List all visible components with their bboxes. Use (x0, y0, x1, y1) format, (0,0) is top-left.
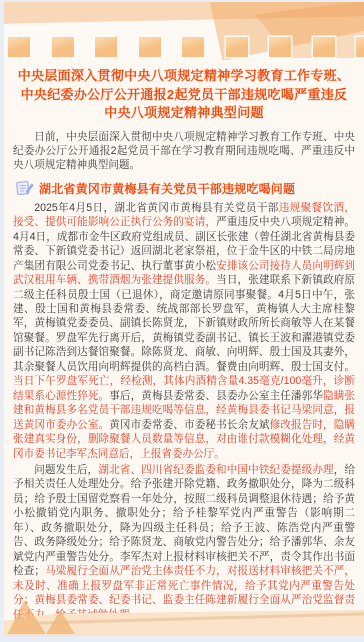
body-text: 2025年4月5日，湖北省黄冈市黄梅县有关党员干部 (34, 202, 279, 214)
body-text: 黄冈市委常委、市委秘书长余友斌 (109, 419, 269, 431)
wall-square (269, 37, 291, 57)
section-header: 湖北省黄冈市黄梅县有关党员干部违规吃喝问题 (13, 180, 355, 197)
wall-square (95, 37, 117, 57)
body-text: 问题发生后， (34, 464, 98, 476)
wall-square (182, 37, 204, 57)
header-graphic (4, 2, 364, 60)
wall-square (139, 37, 161, 57)
section-title: 湖北省黄冈市黄梅县有关党员干部违规吃喝问题 (39, 180, 295, 197)
body-text: 日前，中央层面深入贯彻中央八项规定精神学习教育工作专班、中央纪委办公厅公开通报2… (13, 131, 355, 172)
intro-paragraph: 日前，中央层面深入贯彻中央八项规定精神学习教育工作专班、中央纪委办公厅公开通报2… (13, 130, 355, 173)
wall-battlement-row (8, 37, 364, 57)
body-text: 事后，黄梅县委常委、县委办公室主任潘郭华 (109, 390, 323, 402)
article-title: 中央层面深入贯彻中央八项规定精神学习教育工作专班、中央纪委办公厅公开通报2起党员… (4, 60, 364, 126)
wall-square (8, 37, 30, 57)
article-card: 中央层面深入贯彻中央八项规定精神学习教育工作专班、中央纪委办公厅公开通报2起党员… (4, 2, 364, 636)
highlighted-text: 湖北省、四川省纪委监委和中国中铁纪委提级办理 (98, 464, 333, 476)
footer-graphic (4, 596, 364, 636)
wall-square (356, 37, 364, 57)
body-text: 当日，张建联系下新镇政府原二级主任科员殷士国（已退休），商定邀请原同事聚餐。4月… (13, 274, 355, 373)
body-text: ，给予相关责任人处理处分。给予张建开除党籍、政务撤职处分，降为二级科员；给予殷士… (13, 464, 355, 577)
wall-square (52, 37, 74, 57)
wall-square (313, 37, 335, 57)
wall-square (226, 37, 248, 57)
case-paragraph-1: 2025年4月5日，湖北省黄冈市黄梅县有关党员干部违规聚餐饮酒，接受、提供可能影… (13, 201, 355, 461)
memo-icon (16, 180, 34, 196)
article-body: 日前，中央层面深入贯彻中央八项规定精神学习教育工作专班、中央纪委办公厅公开通报2… (4, 126, 364, 623)
